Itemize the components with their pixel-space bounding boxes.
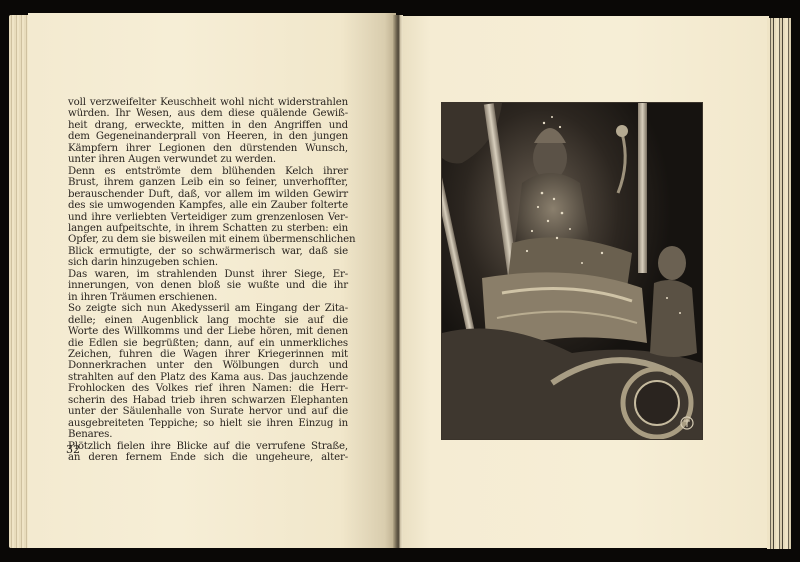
text-line: an deren fernem Ende sich die ungeheure,… [68, 452, 348, 463]
elephant-queen-illustration [442, 103, 702, 439]
text-line: berauschender Duft, daß, vor allem im wi… [68, 189, 348, 200]
text-line: scherin des Habad trieb ihren schwarzen … [68, 395, 348, 406]
body-text: voll verzweifelter Keuschheit wohl nicht… [68, 97, 348, 464]
text-line: heit drang, erweckte, mitten in den Angr… [68, 120, 348, 131]
text-line: voll verzweifelter Keuschheit wohl nicht… [68, 97, 348, 108]
page-number: 32 [66, 443, 80, 456]
text-line: strahlten auf den Platz des Kama aus. Da… [68, 372, 348, 383]
text-line: Benares. [68, 429, 348, 440]
text-line: des sie umwogenden Kampfes, alle ein Zau… [68, 200, 348, 211]
text-line: ausgebreiteten Teppiche; so hielt sie ih… [68, 418, 348, 429]
text-line: die Edlen sie begrüßten; dann, auf ein u… [68, 338, 348, 349]
text-line: Donnerkrachen unter den Wölbungen durch … [68, 360, 348, 371]
text-line: innerungen, von denen bloß sie wußte und… [68, 280, 348, 291]
text-line: Blick ermutigte, der so schwärmerisch wa… [68, 246, 348, 257]
text-line: Brust, ihrem ganzen Leib ein so feiner, … [68, 177, 348, 188]
text-line: Plötzlich fielen ihre Blicke auf die ver… [68, 441, 348, 452]
text-line: Kämpfern ihrer Legionen den dürstenden W… [68, 143, 348, 154]
right-page-stack-edge [767, 18, 791, 549]
text-line: Frohlocken des Volkes rief ihren Namen: … [68, 383, 348, 394]
text-line: sich darin hinzugeben schien. [68, 257, 348, 268]
text-line: langen aufpeitschte, in ihrem Schatten z… [68, 223, 348, 234]
open-book: voll verzweifelter Keuschheit wohl nicht… [0, 0, 800, 562]
text-line: Zeichen, fuhren die Wagen ihrer Kriegeri… [68, 349, 348, 360]
illustration-plate [442, 103, 702, 439]
text-line: würden. Ihr Wesen, aus dem diese quälend… [68, 108, 348, 119]
text-line: unter ihren Augen verwundet zu werden. [68, 154, 348, 165]
text-line: Worte des Willkomms und der Liebe hören,… [68, 326, 348, 337]
text-line: unter der Säulenhalle von Surate hervor … [68, 406, 348, 417]
text-line: Denn es entströmte dem blühenden Kelch i… [68, 166, 348, 177]
text-line: Opfer, zu dem sie bisweilen mit einem üb… [68, 234, 348, 245]
text-line: und ihre verliebten Verteidiger zum gren… [68, 212, 348, 223]
text-line: in ihren Träumen erschienen. [68, 292, 348, 303]
text-line: dem Gegeneinanderprall von Heeren, in de… [68, 131, 348, 142]
text-line: Das waren, im strahlenden Dunst ihrer Si… [68, 269, 348, 280]
text-line: So zeigte sich nun Akedysseril am Eingan… [68, 303, 348, 314]
text-line: delle; einen Augenblick lang mochte sie … [68, 315, 348, 326]
book-spine-gutter [393, 15, 403, 548]
